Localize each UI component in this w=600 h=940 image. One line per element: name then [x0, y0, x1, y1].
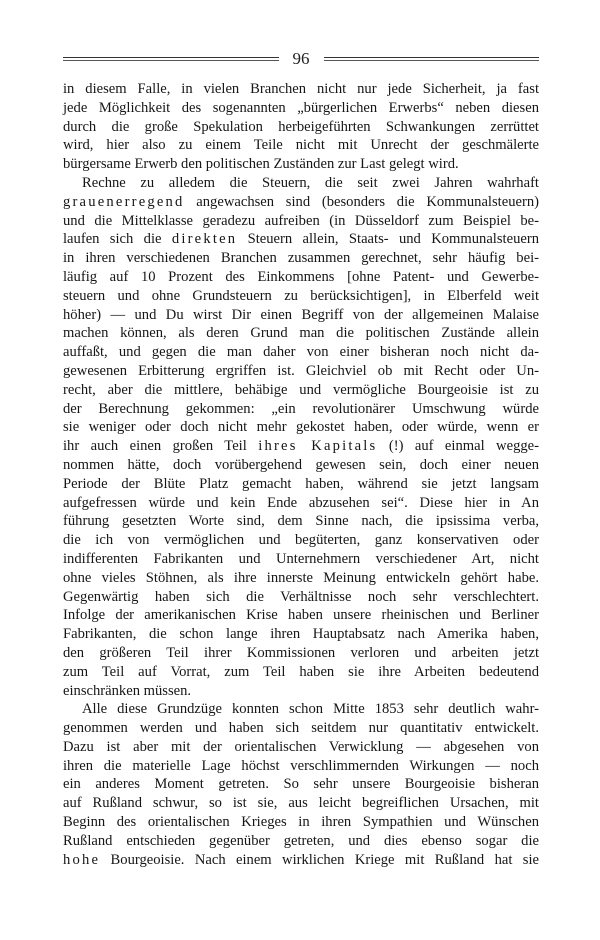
- text-segment: steuern und ohne Grundsteuern zu berücks…: [63, 288, 539, 304]
- text-segment: ihren die materielle Lage höchst verschl…: [63, 758, 539, 774]
- text-segment: Dazu ist aber mit der orientalischen Ver…: [63, 739, 539, 755]
- book-page: 96 in diesem Falle, in vielen Branchen n…: [63, 48, 539, 869]
- text-line: die ich von vermöglichen und begüterten,…: [63, 531, 539, 550]
- text-segment: führung gesetzten Worte sind, dem Sinne …: [63, 513, 539, 529]
- spaced-emphasis: direkten: [172, 231, 237, 247]
- text-line: laufen sich die direkten Steuern allein,…: [63, 230, 539, 249]
- text-line: gewesenen Erbitterung ergriffen ist. Gle…: [63, 362, 539, 381]
- page-number: 96: [279, 48, 324, 70]
- text-segment: Fabrikanten, die schon lange ihren Haupt…: [63, 626, 539, 642]
- text-line: hohe Bourgeoisie. Nach einem wirklichen …: [63, 851, 539, 870]
- text-line: auffaßt, und gegen die man daher von ein…: [63, 343, 539, 362]
- text-line: wird, hier also zu einem Teile nicht mit…: [63, 136, 539, 155]
- text-segment: (!) auf einmal wegge-: [377, 438, 539, 454]
- text-line: in diesem Falle, in vielen Branchen nich…: [63, 80, 539, 99]
- text-line: Rechne zu alledem die Steuern, die seit …: [63, 174, 539, 193]
- text-segment: recht, aber die mittlere, behäbige und v…: [63, 382, 539, 398]
- text-line: ein anderes Moment getreten. So sehr uns…: [63, 775, 539, 794]
- text-line: führung gesetzten Worte sind, dem Sinne …: [63, 512, 539, 531]
- text-segment: Rechne zu alledem die Steuern, die seit …: [82, 175, 539, 191]
- text-segment: Beginn des orientalischen Krieges in ihr…: [63, 814, 539, 830]
- text-segment: einschränken müssen.: [63, 683, 191, 699]
- text-line: Dazu ist aber mit der orientalischen Ver…: [63, 738, 539, 757]
- text-line: ohne vieles Stöhnen, als ihre innerste M…: [63, 569, 539, 588]
- text-segment: in diesem Falle, in vielen Branchen nich…: [63, 81, 539, 97]
- header-rule-left: [63, 57, 279, 61]
- text-line: nommen hätte, doch vorübergehend gewesen…: [63, 456, 539, 475]
- text-segment: auffaßt, und gegen die man daher von ein…: [63, 344, 539, 360]
- text-line: ihr auch einen großen Teil ihres Kapital…: [63, 437, 539, 456]
- text-segment: machen können, als deren Grund man die p…: [63, 325, 539, 341]
- text-line: Alle diese Grundzüge konnten schon Mitte…: [63, 700, 539, 719]
- text-segment: der Berechnung gekommen: „ein revolution…: [63, 401, 539, 417]
- body-text: in diesem Falle, in vielen Branchen nich…: [63, 80, 539, 869]
- text-segment: genommen werden und haben sich seitdem n…: [63, 720, 539, 736]
- spaced-emphasis: grauenerregend: [63, 194, 185, 210]
- text-segment: wird, hier also zu einem Teile nicht mit…: [63, 137, 539, 153]
- text-segment: indifferenten Fabrikanten und Unternehme…: [63, 551, 539, 567]
- text-segment: Gegenwärtig haben sich die Verhältnisse …: [63, 589, 539, 605]
- text-segment: auf Rußland schwur, so ist sie, aus leic…: [63, 795, 539, 811]
- text-line: Fabrikanten, die schon lange ihren Haupt…: [63, 625, 539, 644]
- text-line: steuern und ohne Grundsteuern zu berücks…: [63, 287, 539, 306]
- text-segment: sie weniger oder doch nicht mehr gekoste…: [63, 419, 539, 435]
- text-segment: Rußland entschieden gegenüber getreten, …: [63, 833, 539, 849]
- text-segment: den größeren Teil ihrer Kommissionen ver…: [63, 645, 539, 661]
- text-segment: ihr auch einen großen Teil: [63, 438, 258, 454]
- text-line: Infolge der amerikanischen Krise haben u…: [63, 606, 539, 625]
- text-line: Beginn des orientalischen Krieges in ihr…: [63, 813, 539, 832]
- text-segment: Alle diese Grundzüge konnten schon Mitte…: [82, 701, 539, 717]
- page-header: 96: [63, 48, 539, 70]
- text-line: Rußland entschieden gegenüber getreten, …: [63, 832, 539, 851]
- text-line: bürgersame Erwerb den politischen Zustän…: [63, 155, 539, 174]
- text-segment: läufig auf 10 Prozent des Einkommens [oh…: [63, 269, 539, 285]
- text-segment: angewachsen sind (besonders die Kommunal…: [185, 194, 539, 210]
- text-segment: durch die große Spekulation herbeigeführ…: [63, 119, 539, 135]
- text-segment: die ich von vermöglichen und begüterten,…: [63, 532, 539, 548]
- text-line: durch die große Spekulation herbeigeführ…: [63, 118, 539, 137]
- spaced-emphasis: ihres Kapitals: [258, 438, 377, 454]
- text-segment: Steuern allein, Staats- und Kommunalsteu…: [237, 231, 539, 247]
- text-line: läufig auf 10 Prozent des Einkommens [oh…: [63, 268, 539, 287]
- text-line: sie weniger oder doch nicht mehr gekoste…: [63, 418, 539, 437]
- text-line: aufgefressen würde und kein Ende abzuseh…: [63, 494, 539, 513]
- text-line: Periode der Blüte Platz gemacht haben, w…: [63, 475, 539, 494]
- text-segment: jede Möglichkeit des sogenannten „bürger…: [63, 100, 539, 116]
- text-segment: höher) — und Du wirst Dir einen Begriff …: [63, 307, 539, 323]
- text-line: der Berechnung gekommen: „ein revolution…: [63, 400, 539, 419]
- text-line: und die Mittelklasse geradezu aufreiben …: [63, 212, 539, 231]
- text-segment: ohne vieles Stöhnen, als ihre innerste M…: [63, 570, 539, 586]
- text-segment: in ihren verschiedenen Branchen zusammen…: [63, 250, 539, 266]
- text-segment: nommen hätte, doch vorübergehend gewesen…: [63, 457, 539, 473]
- text-line: zum Teil auf Vorrat, zum Teil haben sie …: [63, 663, 539, 682]
- text-line: recht, aber die mittlere, behäbige und v…: [63, 381, 539, 400]
- text-segment: Periode der Blüte Platz gemacht haben, w…: [63, 476, 539, 492]
- text-segment: gewesenen Erbitterung ergriffen ist. Gle…: [63, 363, 539, 379]
- text-line: ihren die materielle Lage höchst verschl…: [63, 757, 539, 776]
- text-segment: und die Mittelklasse geradezu aufreiben …: [63, 213, 539, 229]
- text-segment: ein anderes Moment getreten. So sehr uns…: [63, 776, 539, 792]
- text-line: einschränken müssen.: [63, 682, 539, 701]
- text-line: genommen werden und haben sich seitdem n…: [63, 719, 539, 738]
- text-line: den größeren Teil ihrer Kommissionen ver…: [63, 644, 539, 663]
- text-line: Gegenwärtig haben sich die Verhältnisse …: [63, 588, 539, 607]
- text-line: auf Rußland schwur, so ist sie, aus leic…: [63, 794, 539, 813]
- header-rule-right: [324, 57, 540, 61]
- text-line: machen können, als deren Grund man die p…: [63, 324, 539, 343]
- text-segment: Infolge der amerikanischen Krise haben u…: [63, 607, 539, 623]
- text-line: in ihren verschiedenen Branchen zusammen…: [63, 249, 539, 268]
- text-segment: laufen sich die: [63, 231, 172, 247]
- text-segment: aufgefressen würde und kein Ende abzuseh…: [63, 495, 539, 511]
- paragraph: Alle diese Grundzüge konnten schon Mitte…: [63, 700, 539, 869]
- paragraph: in diesem Falle, in vielen Branchen nich…: [63, 80, 539, 174]
- spaced-emphasis: hohe: [63, 852, 100, 868]
- paragraph: Rechne zu alledem die Steuern, die seit …: [63, 174, 539, 700]
- text-line: höher) — und Du wirst Dir einen Begriff …: [63, 306, 539, 325]
- text-line: jede Möglichkeit des sogenannten „bürger…: [63, 99, 539, 118]
- text-line: indifferenten Fabrikanten und Unternehme…: [63, 550, 539, 569]
- text-line: grauenerregend angewachsen sind (besonde…: [63, 193, 539, 212]
- text-segment: zum Teil auf Vorrat, zum Teil haben sie …: [63, 664, 539, 680]
- text-segment: Bourgeoisie. Nach einem wirklichen Krieg…: [100, 852, 539, 868]
- text-segment: bürgersame Erwerb den politischen Zustän…: [63, 156, 459, 172]
